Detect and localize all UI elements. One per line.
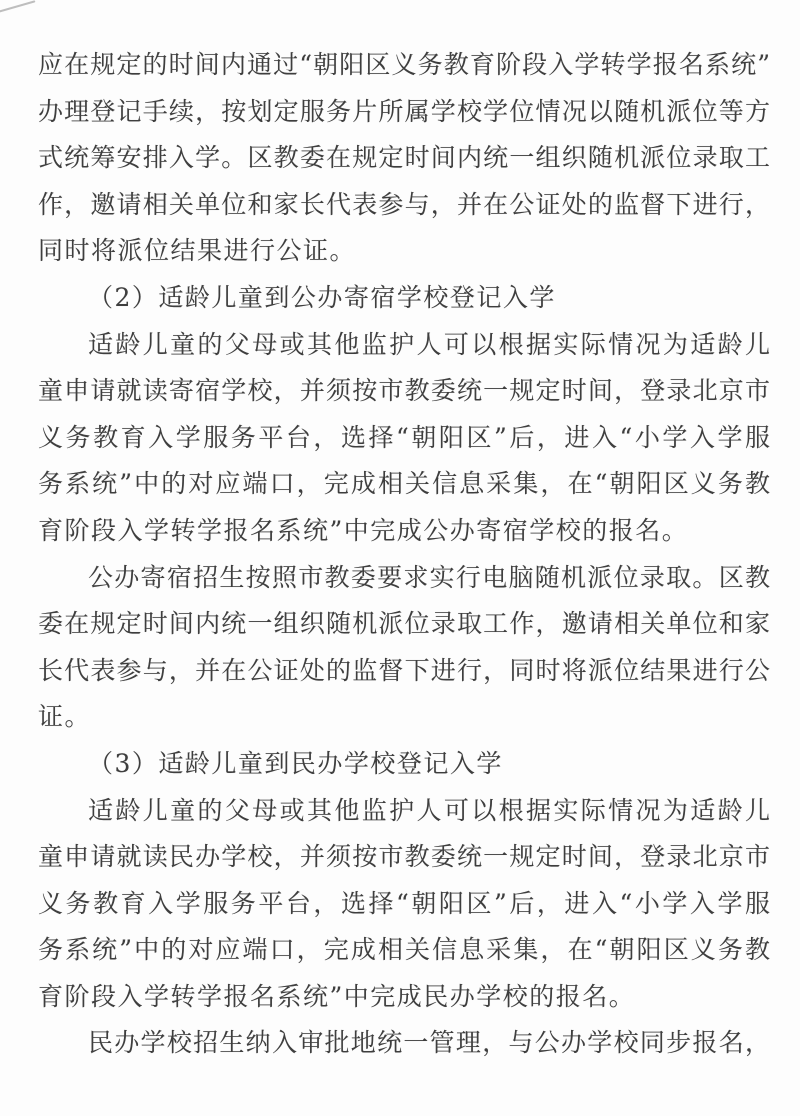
text-line: 义务教育入学服务平台，选择“朝阳区”后，进入“小学入学服	[38, 415, 770, 462]
text-line: 民办学校招生纳入审批地统一管理，与公办学校同步报名，	[38, 1020, 770, 1067]
text-line: 适龄儿童的父母或其他监护人可以根据实际情况为适龄儿	[38, 322, 770, 369]
text-line: 育阶段入学转学报名系统”中完成民办学校的报名。	[38, 974, 770, 1021]
section-heading: （2）适龄儿童到公办寄宿学校登记入学	[38, 275, 770, 322]
text-line: 务系统”中的对应端口，完成相关信息采集，在“朝阳区义务教	[38, 927, 770, 974]
document-page: 应在规定的时间内通过“朝阳区义务教育阶段入学转学报名系统” 办理登记手续，按划定…	[0, 0, 800, 1116]
text-line: 育阶段入学转学报名系统”中完成公办寄宿学校的报名。	[38, 508, 770, 555]
text-line: 委在规定时间内统一组织随机派位录取工作，邀请相关单位和家	[38, 601, 770, 648]
text-line: 适龄儿童的父母或其他监护人可以根据实际情况为适龄儿	[38, 788, 770, 835]
text-line: 证。	[38, 694, 770, 741]
text-line: 同时将派位结果进行公证。	[38, 228, 770, 275]
text-line: 童申请就读寄宿学校，并须按市教委统一规定时间，登录北京市	[38, 368, 770, 415]
text-line: 义务教育入学服务平台，选择“朝阳区”后，进入“小学入学服	[38, 881, 770, 928]
text-line: 童申请就读民办学校，并须按市教委统一规定时间，登录北京市	[38, 834, 770, 881]
text-line: 应在规定的时间内通过“朝阳区义务教育阶段入学转学报名系统”	[38, 42, 770, 89]
text-line: 公办寄宿招生按照市教委要求实行电脑随机派位录取。区教	[38, 555, 770, 602]
text-line: 务系统”中的对应端口，完成相关信息采集，在“朝阳区义务教	[38, 461, 770, 508]
section-heading: （3）适龄儿童到民办学校登记入学	[38, 741, 770, 788]
text-line: 式统筹安排入学。区教委在规定时间内统一组织随机派位录取工	[38, 135, 770, 182]
text-line: 办理登记手续，按划定服务片所属学校学位情况以随机派位等方	[38, 89, 770, 136]
text-line: 作，邀请相关单位和家长代表参与，并在公证处的监督下进行，	[38, 182, 770, 229]
text-line: 长代表参与，并在公证处的监督下进行，同时将派位结果进行公	[38, 648, 770, 695]
document-text-block: 应在规定的时间内通过“朝阳区义务教育阶段入学转学报名系统” 办理登记手续，按划定…	[38, 42, 770, 1067]
scan-artifact-mark	[0, 0, 35, 13]
